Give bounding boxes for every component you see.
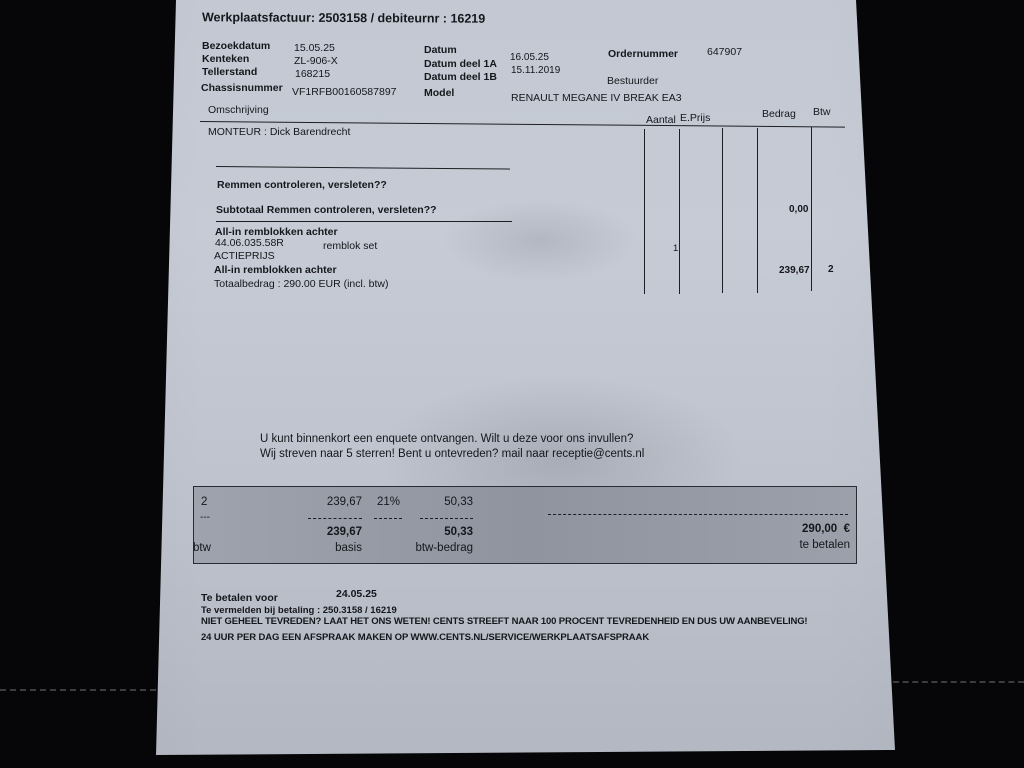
column-btw: Btw [813,107,831,118]
column-bedrag: Bedrag [762,109,796,120]
item-promo: ACTIEPRIJS [214,251,275,262]
basis-value: 239,67 [300,497,362,509]
subtotal-bedrag: 0,00 [789,205,808,215]
tellerstand-value: 168215 [295,69,330,80]
item-bedrag: 239,67 [779,266,810,276]
btw-bedrag-underline [420,518,473,519]
btw-label: btw [193,543,211,555]
background-stitching-left [0,689,156,691]
te-betalen-underline [548,514,848,515]
appointment-link-text: 24 UUR PER DAG EEN AFSPRAAK MAKEN OP WWW… [201,633,649,643]
code-dashes: --- [200,513,210,523]
item-code: 44.06.035.58R [215,238,284,249]
payment-reference: Te vermelden bij betaling : 250.3158 / 1… [201,606,397,616]
basis-label: basis [300,543,362,555]
item-btw-code: 2 [828,265,834,275]
subtotal-label: Subtotaal Remmen controleren, versleten?… [216,205,437,216]
datum-value: 16.05.25 [510,53,549,63]
item-aantal: 1 [673,244,678,254]
percentage-underline [374,518,402,519]
bestuurder-label: Bestuurder [607,76,658,87]
ordernummer-value: 647907 [707,47,742,58]
column-omschrijving: Omschrijving [208,105,269,116]
satisfaction-slogan: NIET GEHEEL TEVREDEN? LAAT HET ONS WETEN… [201,617,807,627]
btw-bedrag-label: btw-bedrag [400,543,473,555]
section-title: Remmen controleren, versleten?? [217,180,387,191]
kenteken-value: ZL-906-X [294,56,338,67]
btw-percentage: 21% [377,497,400,509]
model-value: RENAULT MEGANE IV BREAK EA3 [511,93,682,104]
column-aantal: Aantal [646,115,676,126]
te-betalen-voor-label: Te betalen voor [201,593,278,604]
te-betalen-value: 290,00 € [740,524,850,536]
survey-line-1: U kunt binnenkort een enquete ontvangen.… [260,434,633,446]
basis-underline [308,518,362,519]
column-rule-5 [811,127,812,291]
column-rule-3 [722,128,723,293]
btw-bedrag-total: 50,33 [410,527,473,539]
column-rule-2 [679,129,680,294]
item-total-note: Totaalbedrag : 290.00 EUR (incl. btw) [214,279,389,290]
column-eprijs: E.Prijs [680,113,710,124]
te-betalen-label: te betalen [740,540,850,552]
bezoekdatum-value: 15.05.25 [294,43,335,54]
section-divider-bottom [216,221,512,222]
btw-code: 2 [201,497,207,509]
te-betalen-voor-value: 24.05.25 [336,589,377,600]
column-rule-4 [757,128,758,293]
monteur-line: MONTEUR : Dick Barendrecht [208,127,350,138]
background-stitching-right [893,681,1024,683]
column-rule-1 [644,129,645,294]
item-title: All-in remblokken achter [215,227,338,238]
model-label: Model [424,88,454,99]
item-description: remblok set [323,241,377,252]
ordernummer-label: Ordernummer [608,49,678,60]
datum-deel-1b-label: Datum deel 1B [424,72,497,83]
datum-label: Datum [424,45,457,56]
survey-line-2: Wij streven naar 5 sterren! Bent u ontev… [260,449,644,461]
chassisnummer-label: Chassisnummer [201,83,283,94]
paper-shadow [0,0,1024,768]
chassisnummer-value: VF1RFB00160587897 [292,87,397,98]
invoice-title: Werkplaatsfactuur: 2503158 / debiteurnr … [202,11,485,25]
kenteken-label: Kenteken [202,54,249,65]
basis-total: 239,67 [300,527,362,539]
bezoekdatum-label: Bezoekdatum [202,41,270,52]
tellerstand-label: Tellerstand [202,67,257,78]
datum-deel-1a-label: Datum deel 1A [424,59,497,70]
datum-deel-1a-value: 15.11.2019 [511,66,560,76]
item-title-repeat: All-in remblokken achter [214,265,337,276]
btw-bedrag-value: 50,33 [410,497,473,509]
